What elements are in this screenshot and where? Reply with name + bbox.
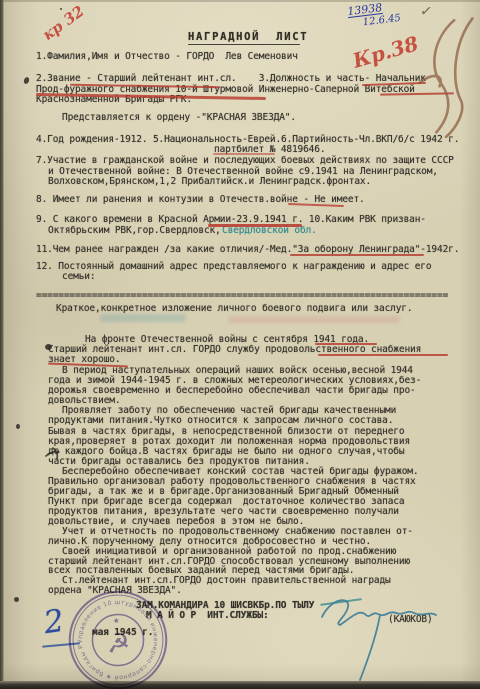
underline-mark: [315, 343, 377, 345]
underline-mark: [290, 254, 424, 256]
ink-blot: [14, 597, 19, 602]
text-line: Свердловской обл.: [222, 226, 317, 236]
text-line: 1.Фамилия,Имя и Отчество - ГОРДО Лев Сем…: [36, 52, 298, 62]
underline-mark: [318, 354, 448, 356]
text-line: семьи:: [62, 272, 95, 282]
red-pencil-mark-topleft: кр 32: [39, 2, 87, 44]
document-title: НАГРАДНОЙ ЛИСТ: [188, 31, 308, 43]
text-line: ========================================…: [36, 291, 448, 301]
text-line: 12. Постоянный домашний адрес представля…: [36, 262, 431, 272]
ink-blot: [45, 344, 52, 350]
text-line: Представляется к ордену -"КРАСНАЯ ЗВЕЗДА…: [62, 113, 296, 123]
round-stamp: Управление 10 штурмовой инженерно-саперн…: [58, 583, 179, 689]
stamp-emblem-icon: ☭: [105, 627, 131, 660]
text-line: продуктами питания.Чутко относится к зап…: [48, 416, 393, 426]
brown-pencil-scribble: [386, 11, 480, 149]
text-line: Краткое,конкретное изложение личного бое…: [56, 304, 412, 314]
scan-edge-left: [0, 0, 4, 689]
underline-mark: [188, 44, 300, 45]
pen-arrow-mark: [44, 446, 62, 462]
ink-blot: [23, 76, 30, 84]
ink-offset-smudge: [228, 316, 400, 323]
text-line: Октябрьским РВК,гор.Свердловск,: [48, 226, 221, 236]
ink-blot: [16, 424, 20, 429]
underline-mark: [213, 153, 275, 155]
award-sheet-page: НАГРАДНОЙ ЛИСТ 1.Фамилия,Имя и Отчество …: [0, 0, 480, 689]
scan-edge-top: [0, 0, 480, 2]
ink-offset-smudge: [100, 314, 186, 322]
ink-speck: [60, 8, 62, 10]
underline-mark: [208, 224, 302, 227]
text-line: 7.Участие в гражданской войне и последую…: [36, 156, 454, 166]
text-line: Волховском,Брянском,1,2 Прибалтийск.и Ле…: [48, 177, 371, 187]
signature-stroke: [310, 585, 450, 685]
text-line: 2.Звание - Старший лейтенант инт.сл. 3.Д…: [36, 74, 426, 84]
stamp-star-icon: ★: [113, 616, 121, 626]
